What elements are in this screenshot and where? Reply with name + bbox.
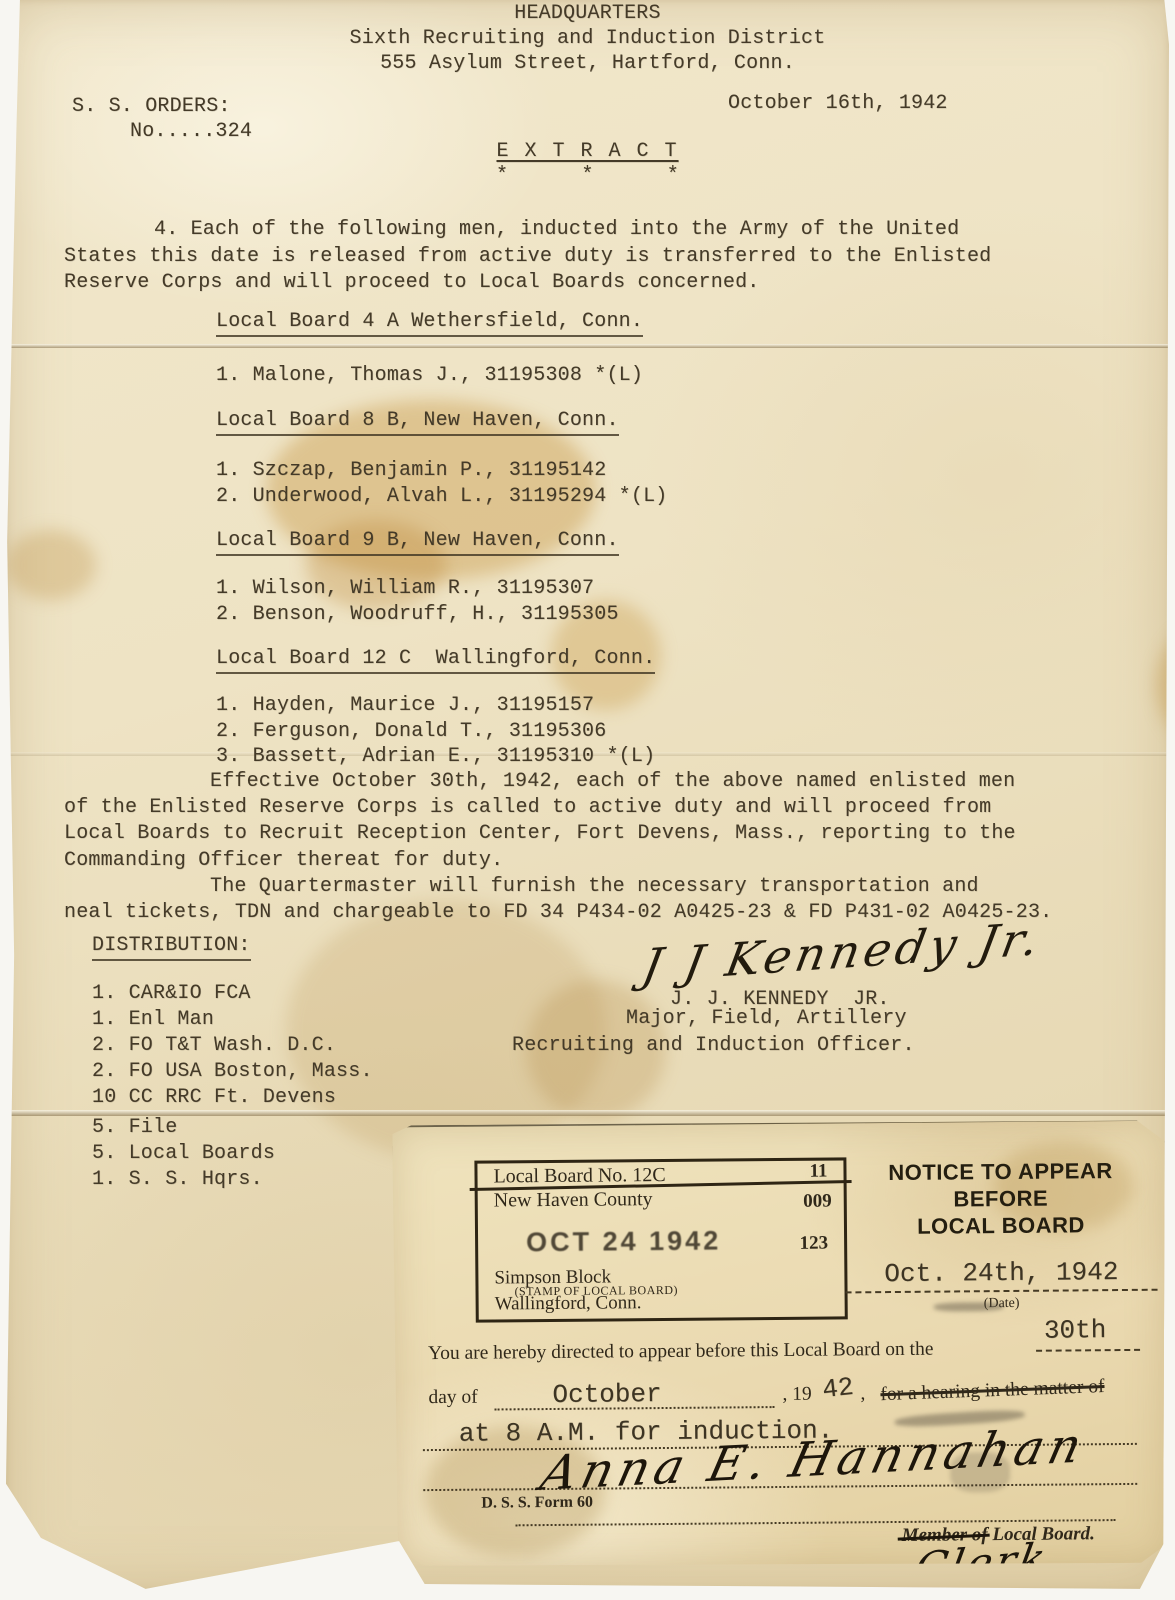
distribution-item: 2. FO USA Boston, Mass. xyxy=(92,1060,373,1083)
quartermaster-line: The Quartermaster will furnish the neces… xyxy=(210,875,979,898)
distribution-item: 2. FO T&T Wash. D.C. xyxy=(92,1034,336,1057)
paragraph4-line: States this date is released from active… xyxy=(64,245,991,268)
fold-crease xyxy=(6,344,1169,348)
comma: , xyxy=(860,1383,865,1405)
board-man: 1. Hayden, Maurice J., 31195157 xyxy=(216,694,594,717)
day-of-label: day of xyxy=(428,1387,477,1409)
board-title: Local Board 8 B, New Haven, Conn. xyxy=(216,409,619,436)
board-man: 2. Ferguson, Donald T., 31195306 xyxy=(216,720,606,743)
box-county: New Haven County xyxy=(494,1188,653,1212)
board-man: 1. Szczap, Benjamin P., 31195142 xyxy=(216,459,606,482)
distribution-item: 1. CAR&IO FCA xyxy=(92,982,251,1005)
document-page: HEADQUARTERS Sixth Recruiting and Induct… xyxy=(6,0,1169,1592)
letterhead-line2: Sixth Recruiting and Induction District xyxy=(6,27,1169,50)
clerk-handwriting: Clerk xyxy=(911,1533,1052,1592)
effective-line: Effective October 30th, 1942, each of th… xyxy=(210,770,1015,793)
distribution-item: 10 CC RRC Ft. Devens xyxy=(92,1086,336,1109)
box-code: 009 xyxy=(803,1191,832,1213)
board-title: Local Board 4 A Wethersfield, Conn. xyxy=(216,310,643,337)
notice-body-line: You are hereby directed to appear before… xyxy=(428,1339,934,1365)
notice-card: Local Board No. 12C 11 New Haven County … xyxy=(392,1119,1168,1570)
paper-stain xyxy=(286,900,606,1160)
effective-line: Commanding Officer thereat for duty. xyxy=(64,849,503,872)
board-title: Local Board 9 B, New Haven, Conn. xyxy=(216,529,619,556)
box-number-right: 11 xyxy=(809,1161,827,1183)
board-title: Local Board 12 C Wallingford, Conn. xyxy=(216,647,655,674)
distribution-item: 5. Local Boards xyxy=(92,1142,275,1165)
paragraph4-line: Reserve Corps and will proceed to Local … xyxy=(64,271,760,294)
form-number-label: D. S. S. Form 60 xyxy=(481,1494,593,1513)
distribution-item: 5. File xyxy=(92,1116,177,1139)
board-man: 3. Bassett, Adrian E., 31195310 *(L) xyxy=(216,745,655,768)
paragraph4-line: 4. Each of the following men, inducted i… xyxy=(154,218,959,241)
date-rule xyxy=(846,1289,1158,1294)
box-address2: Wallingford, Conn. xyxy=(495,1292,642,1315)
letterhead-line3: 555 Asylum Street, Hartford, Conn. xyxy=(6,52,1169,75)
officer-rank: Major, Field, Artillery xyxy=(626,1007,907,1030)
letterhead-line1: HEADQUARTERS xyxy=(6,2,1169,25)
effective-line: Local Boards to Recruit Reception Center… xyxy=(64,822,1016,845)
notice-title-line1: NOTICE TO APPEAR BEFORE xyxy=(844,1157,1156,1214)
year-value: 42 xyxy=(821,1372,855,1405)
local-board-box: Local Board No. 12C 11 New Haven County … xyxy=(474,1157,847,1322)
box-serial: 123 xyxy=(800,1233,829,1255)
distribution-item: 1. S. S. Hqrs. xyxy=(92,1168,263,1191)
notice-date-value: Oct. 24th, 1942 xyxy=(845,1257,1157,1290)
notice-title: NOTICE TO APPEAR BEFORE LOCAL BOARD xyxy=(844,1157,1157,1241)
extract-stars: * * * xyxy=(6,164,1169,187)
year-prefix: , 19 xyxy=(782,1384,811,1406)
struck-hearing-text: for a hearing in the matter of xyxy=(880,1376,1105,1406)
paper-stain xyxy=(6,530,96,600)
board-man: 1. Wilson, William R., 31195307 xyxy=(216,577,594,600)
paper-stain xyxy=(1156,620,1175,750)
distribution-item: 1. Enl Man xyxy=(92,1008,214,1031)
day-value: 30th xyxy=(1044,1315,1107,1346)
day-rule xyxy=(1036,1349,1140,1352)
board-man: 2. Benson, Woodruff, H., 31195305 xyxy=(216,603,619,626)
document-date: October 16th, 1942 xyxy=(728,92,948,115)
fold-crease xyxy=(6,1110,1169,1116)
orders-label: S. S. ORDERS: xyxy=(72,95,231,118)
effective-line: of the Enlisted Reserve Corps is called … xyxy=(64,796,991,819)
extract-title: E X T R A C T xyxy=(6,140,1169,163)
officer-role: Recruiting and Induction Officer. xyxy=(512,1034,915,1057)
notice-title-line2: LOCAL BOARD xyxy=(845,1211,1157,1241)
distribution-title: DISTRIBUTION: xyxy=(92,934,251,961)
date-label: (Date) xyxy=(846,1295,1158,1314)
board-man: 1. Malone, Thomas J., 31195308 *(L) xyxy=(216,364,643,387)
board-man: 2. Underwood, Alvah L., 31195294 *(L) xyxy=(216,485,667,508)
date-stamp: OCT 24 1942 xyxy=(526,1226,721,1259)
month-value: October xyxy=(552,1379,661,1410)
